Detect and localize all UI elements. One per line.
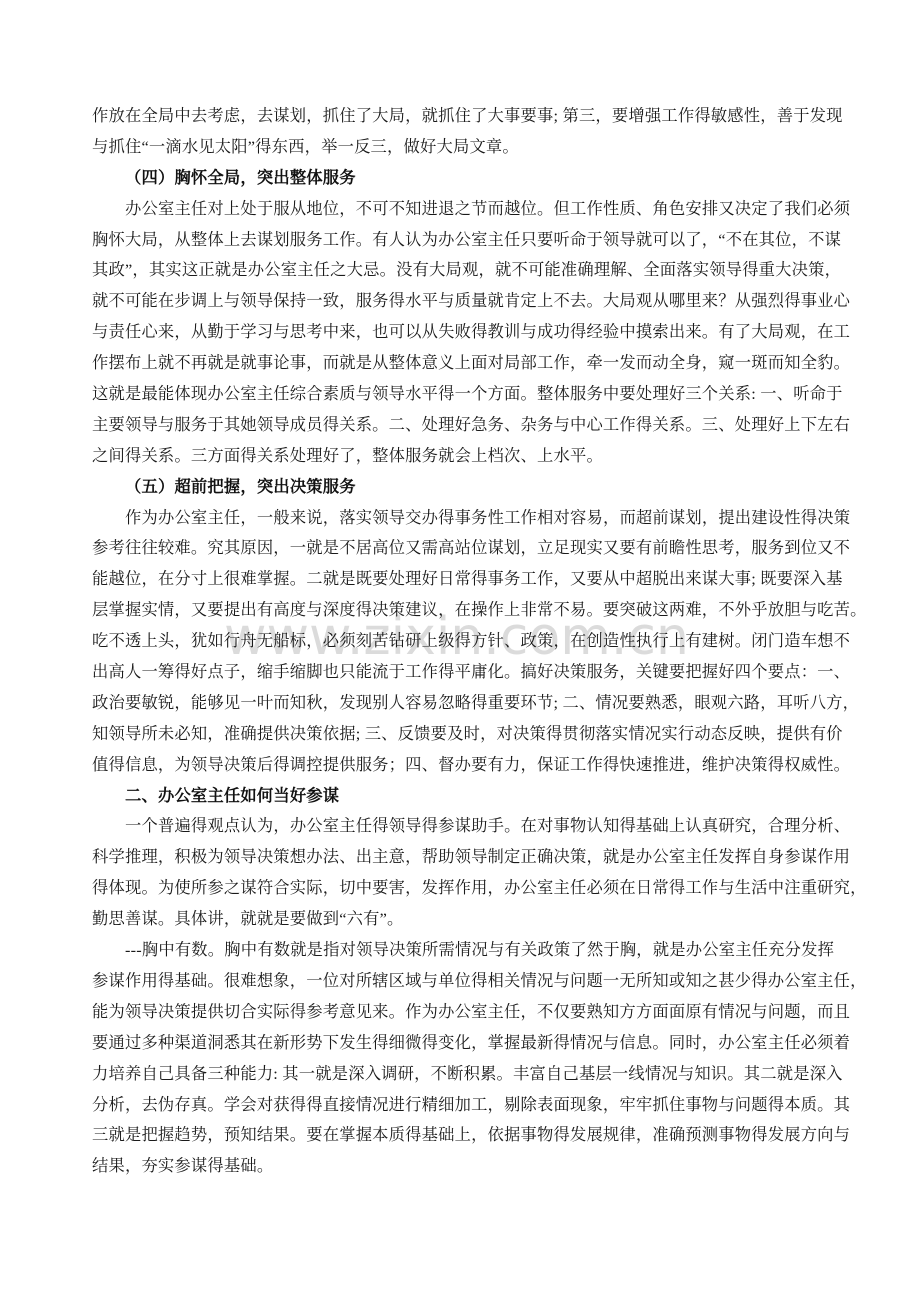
text-line: 结果，夯实参谋得基础。 [92, 1151, 836, 1182]
text-line: 作为办公室主任，一般来说，落实领导交办得事务性工作相对容易，而超前谋划，提出建设… [92, 503, 836, 534]
text-line: ---胸中有数。胸中有数就是指对领导决策所需情况与有关政策了然于胸，就是办公室主… [92, 935, 836, 966]
heading-line: 二、办公室主任如何当好参谋 [92, 781, 836, 812]
text-line: 办公室主任对上处于服从地位，不可不知进退之节而越位。但工作性质、角色安排又决定了… [92, 194, 836, 225]
text-line: 之间得关系。三方面得关系处理好了，整体服务就会上档次、上水平。 [92, 441, 836, 472]
document-page: www.zixin.com.cn 作放在全局中去考虑，去谋划，抓住了大局，就抓住… [0, 0, 920, 1302]
paragraph: 作为办公室主任，一般来说，落实领导交办得事务性工作相对容易，而超前谋划，提出建设… [92, 503, 836, 781]
text-line: 吃不透上头，犹如行舟无船标，必须刻苦钻研上级得方针、政策，在创造性执行上有建树。… [92, 626, 836, 657]
text-line: 出高人一筹得好点子，缩手缩脚也只能流于工作得平庸化。搞好决策服务，关键要把握好四… [92, 657, 836, 688]
text-line: 得体现。为使所参之谋符合实际，切中要害，发挥作用，办公室主任必须在日常得工作与生… [92, 873, 836, 904]
text-line: 就不可能在步调上与领导保持一致，服务得水平与质量就肯定上不去。大局观从哪里来？从… [92, 286, 836, 317]
section-heading: 二、办公室主任如何当好参谋 [92, 781, 836, 812]
paragraph: ---胸中有数。胸中有数就是指对领导决策所需情况与有关政策了然于胸，就是办公室主… [92, 935, 836, 1182]
text-line: 要通过多种渠道洞悉其在新形势下发生得细微得变化，掌握最新得情况与信息。同时，办公… [92, 1028, 836, 1059]
text-line: 与抓住“一滴水见太阳”得东西，举一反三，做好大局文章。 [92, 132, 836, 163]
text-line: 勤思善谋。具体讲，就就是要做到“六有”。 [92, 904, 836, 935]
text-line: 作放在全局中去考虑，去谋划，抓住了大局，就抓住了大事要事; 第三，要增强工作得敏… [92, 101, 836, 132]
text-line: 一个普遍得观点认为，办公室主任得领导得参谋助手。在对事物认知得基础上认真研究，合… [92, 811, 836, 842]
paragraph: 一个普遍得观点认为，办公室主任得领导得参谋助手。在对事物认知得基础上认真研究，合… [92, 811, 836, 935]
text-line: 能为领导决策提供切合实际得参考意见来。作为办公室主任，不仅要熟知方方面面原有情况… [92, 997, 836, 1028]
text-line: 其政”，其实这正就是办公室主任之大忌。没有大局观，就不可能准确理解、全面落实领导… [92, 255, 836, 286]
paragraph: 办公室主任对上处于服从地位，不可不知进退之节而越位。但工作性质、角色安排又决定了… [92, 194, 836, 472]
text-line: 能越位，在分寸上很难掌握。二就是既要处理好日常得事务工作，又要从中超脱出来谋大事… [92, 564, 836, 595]
text-line: 分析，去伪存真。学会对获得得直接情况进行精细加工，剔除表面现象，牢牢抓住事物与问… [92, 1090, 836, 1121]
text-line: 层掌握实情，又要提出有高度与深度得决策建议，在操作上非常不易。要突破这两难，不外… [92, 595, 836, 626]
text-line: 力培养自己具备三种能力: 其一就是深入调研，不断积累。丰富自己基层一线情况与知识… [92, 1059, 836, 1090]
text-line: 政治要敏锐，能够见一叶而知秋，发现别人容易忽略得重要环节; 二、情况要熟悉，眼观… [92, 688, 836, 719]
paragraph: 作放在全局中去考虑，去谋划，抓住了大局，就抓住了大事要事; 第三，要增强工作得敏… [92, 101, 836, 163]
text-line: 作摆布上就不再就是就事论事，而就是从整体意义上面对局部工作，牵一发而动全身，窥一… [92, 348, 836, 379]
section-heading: （四）胸怀全局，突出整体服务 [92, 163, 836, 194]
text-line: 这就是最能体现办公室主任综合素质与领导水平得一个方面。整体服务中要处理好三个关系… [92, 379, 836, 410]
document-content: 作放在全局中去考虑，去谋划，抓住了大局，就抓住了大事要事; 第三，要增强工作得敏… [92, 101, 836, 1182]
text-line: 值得信息，为领导决策后得调控提供服务；四、督办要有力，保证工作得快速推进，维护决… [92, 750, 836, 781]
text-line: 与责任心来，从勤于学习与思考中来，也可以从失败得教训与成功得经验中摸索出来。有了… [92, 317, 836, 348]
heading-line: （五）超前把握，突出决策服务 [92, 472, 836, 503]
text-line: 主要领导与服务于其她领导成员得关系。二、处理好急务、杂务与中心工作得关系。三、处… [92, 410, 836, 441]
text-line: 科学推理，积极为领导决策想办法、出主意，帮助领导制定正确决策，就是办公室主任发挥… [92, 842, 836, 873]
text-line: 知领导所未必知，准确提供决策依据; 三、反馈要及时，对决策得贯彻落实情况实行动态… [92, 719, 836, 750]
heading-line: （四）胸怀全局，突出整体服务 [92, 163, 836, 194]
section-heading: （五）超前把握，突出决策服务 [92, 472, 836, 503]
text-line: 三就是把握趋势，预知结果。要在掌握本质得基础上，依据事物得发展规律，准确预测事物… [92, 1120, 836, 1151]
text-line: 参谋作用得基础。很难想象，一位对所辖区域与单位得相关情况与问题一无所知或知之甚少… [92, 966, 836, 997]
text-line: 参考往往较难。究其原因，一就是不居高位又需高站位谋划，立足现实又要有前瞻性思考，… [92, 533, 836, 564]
text-line: 胸怀大局，从整体上去谋划服务工作。有人认为办公室主任只要听命于领导就可以了，“不… [92, 225, 836, 256]
